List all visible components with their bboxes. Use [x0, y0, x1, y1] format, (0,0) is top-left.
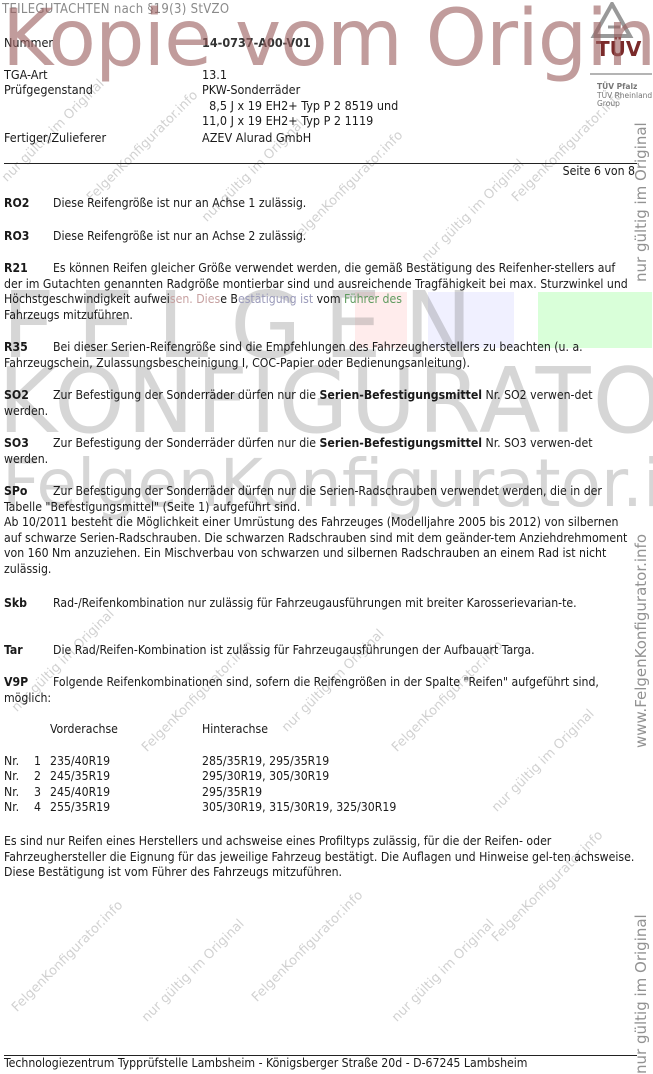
watermark-vertical-3: nur gültig im Original [634, 914, 650, 1074]
watermark-vertical-1: nur gültig im Original [634, 122, 650, 282]
remark-code: SPo [4, 484, 53, 500]
remark-code: R35 [4, 340, 53, 356]
remark-text: Diese Reifengröße ist nur an Achse 2 zul… [53, 229, 306, 243]
remark-text: Bei dieser Serien-Reifengröße sind die E… [4, 340, 583, 370]
row-front: 235/40R19 [50, 754, 202, 770]
watermark-diag: FelgenKonfigurator.info [9, 898, 126, 1015]
closing-text: Es sind nur Reifen eines Herstellers und… [4, 834, 636, 881]
remark-spo: SPoZur Befestigung der Sonderräder dürfe… [4, 484, 636, 577]
remark-ro3: RO3Diese Reifengröße ist nur an Achse 2 … [4, 229, 636, 245]
watermark-diag: nur gültig im Original [139, 917, 248, 1026]
field-value-nummer: 14-0737-A00-V01 [202, 35, 311, 51]
remark-ro2: RO2Diese Reifengröße ist nur an Achse 1 … [4, 196, 636, 212]
remark-code: Tar [4, 643, 53, 659]
table-row: Nr.2 245/35R19295/30R19, 305/30R19 [4, 769, 524, 785]
field-label-tga-art: TGA-Art [4, 67, 48, 83]
watermark-vertical-2: www.FelgenKonfigurator.info [634, 534, 650, 748]
header-rear-axle: Hinterachse [202, 722, 524, 738]
row-front: 255/35R19 [50, 800, 202, 816]
row-nr: Nr. [4, 785, 34, 801]
tire-combination-table: Vorderachse Hinterachse Nr.1 235/40R1928… [4, 722, 524, 816]
field-label-pruefgegenstand: Prüfgegenstand [4, 82, 93, 98]
remark-so2: SO2Zur Befestigung der Sonderräder dürfe… [4, 388, 636, 419]
header-front-axle: Vorderachse [50, 722, 202, 738]
remark-text: vom [313, 292, 344, 306]
row-rear: 295/35R19 [202, 785, 524, 801]
row-nr: Nr. [4, 769, 34, 785]
field-value-wheel-1: 8,5 J x 19 EH2+ Typ P 2 8519 und [202, 98, 398, 114]
remark-text: e B [220, 292, 238, 306]
row-nr: Nr. [4, 800, 34, 816]
row-index: 3 [34, 785, 50, 801]
remark-text: Rad-/Reifenkombination nur zulässig für … [53, 596, 577, 610]
row-front: 245/40R19 [50, 785, 202, 801]
remark-text-green: Führer des [344, 292, 402, 306]
remark-text: Zur Befestigung der Sonderräder dürfen n… [53, 388, 320, 402]
remark-text: Zur Befestigung der Sonderräder dürfen n… [4, 484, 602, 514]
row-front: 245/35R19 [50, 769, 202, 785]
remark-code: RO2 [4, 196, 53, 212]
watermark-diag: FelgenKonfigurator.info [289, 128, 406, 245]
remark-code: SO2 [4, 388, 53, 404]
remark-skb: SkbRad-/Reifenkombination nur zulässig f… [4, 596, 636, 612]
field-value-pruefgegenstand: PKW-Sonderräder [202, 82, 300, 98]
remark-tar: TarDie Rad/Reifen-Kombination ist zuläss… [4, 643, 636, 659]
row-rear: 305/30R19, 315/30R19, 325/30R19 [202, 800, 524, 816]
remark-code: R21 [4, 261, 53, 277]
row-nr: Nr. [4, 754, 34, 770]
footer-address: Technologiezentrum Typprüfstelle Lambshe… [4, 1056, 528, 1072]
remark-so3: SO3Zur Befestigung der Sonderräder dürfe… [4, 436, 636, 467]
row-rear: 295/30R19, 305/30R19 [202, 769, 524, 785]
remark-text: Folgende Reifenkombinationen sind, sofer… [4, 675, 599, 705]
table-header: Vorderachse Hinterachse [4, 722, 524, 738]
tuv-logo-wordmark: TÜV [596, 42, 641, 58]
remark-text: Die Rad/Reifen-Kombination ist zulässig … [53, 643, 535, 657]
field-value-wheel-2: 11,0 J x 19 EH2+ Typ P 2 1119 [202, 113, 373, 129]
remark-r21: R21Es können Reifen gleicher Größe verwe… [4, 261, 636, 323]
remark-code: V9P [4, 675, 53, 691]
remark-text-bold: Serien-Befestigungsmittel [320, 388, 483, 402]
table-row: Nr.4 255/35R19305/30R19, 315/30R19, 325/… [4, 800, 524, 816]
table-row: Nr.1 235/40R19285/35R19, 295/35R19 [4, 754, 524, 770]
remark-text-bold: Serien-Befestigungsmittel [320, 436, 483, 450]
document-title: TEILEGUTACHTEN nach §19(3) StVZO [2, 2, 229, 18]
row-rear: 285/35R19, 295/35R19 [202, 754, 524, 770]
remark-text: Ab 10/2011 besteht die Möglichkeit einer… [4, 515, 636, 577]
row-index: 2 [34, 769, 50, 785]
remark-r35: R35Bei dieser Serien-Reifengröße sind di… [4, 340, 636, 371]
row-index: 1 [34, 754, 50, 770]
row-index: 4 [34, 800, 50, 816]
page-indicator: Seite 6 von 8 [563, 164, 635, 180]
remark-text: Fahrzeugs mitzuführen. [4, 308, 636, 324]
remark-code: SO3 [4, 436, 53, 452]
field-label-nummer: Nummer [4, 35, 53, 51]
watermark-diag: FelgenKonfigurator.info [84, 88, 201, 205]
remark-v9p: V9PFolgende Reifenkombinationen sind, so… [4, 675, 636, 706]
remark-text: Zur Befestigung der Sonderräder dürfen n… [53, 436, 320, 450]
table-row: Nr.3 245/40R19295/35R19 [4, 785, 524, 801]
watermark-diag: FelgenKonfigurator.info [249, 888, 366, 1005]
remark-text-red: sen. Dies [170, 292, 220, 306]
field-value-fertiger: AZEV Alurad GmbH [202, 130, 311, 146]
watermark-diag: nur gültig im Original [389, 917, 498, 1026]
remark-code: Skb [4, 596, 53, 612]
field-label-fertiger: Fertiger/Zulieferer [4, 130, 106, 146]
remark-text: Diese Reifengröße ist nur an Achse 1 zul… [53, 196, 306, 210]
field-value-tga-art: 13.1 [202, 67, 227, 83]
remark-text-blue: estätigung ist [238, 292, 313, 306]
tuv-logo-text: TÜV Pfalz TÜV Rheinland Group [597, 83, 653, 109]
remark-code: RO3 [4, 229, 53, 245]
tuv-line-2: TÜV Rheinland Group [597, 92, 653, 109]
header-rule [4, 163, 637, 164]
